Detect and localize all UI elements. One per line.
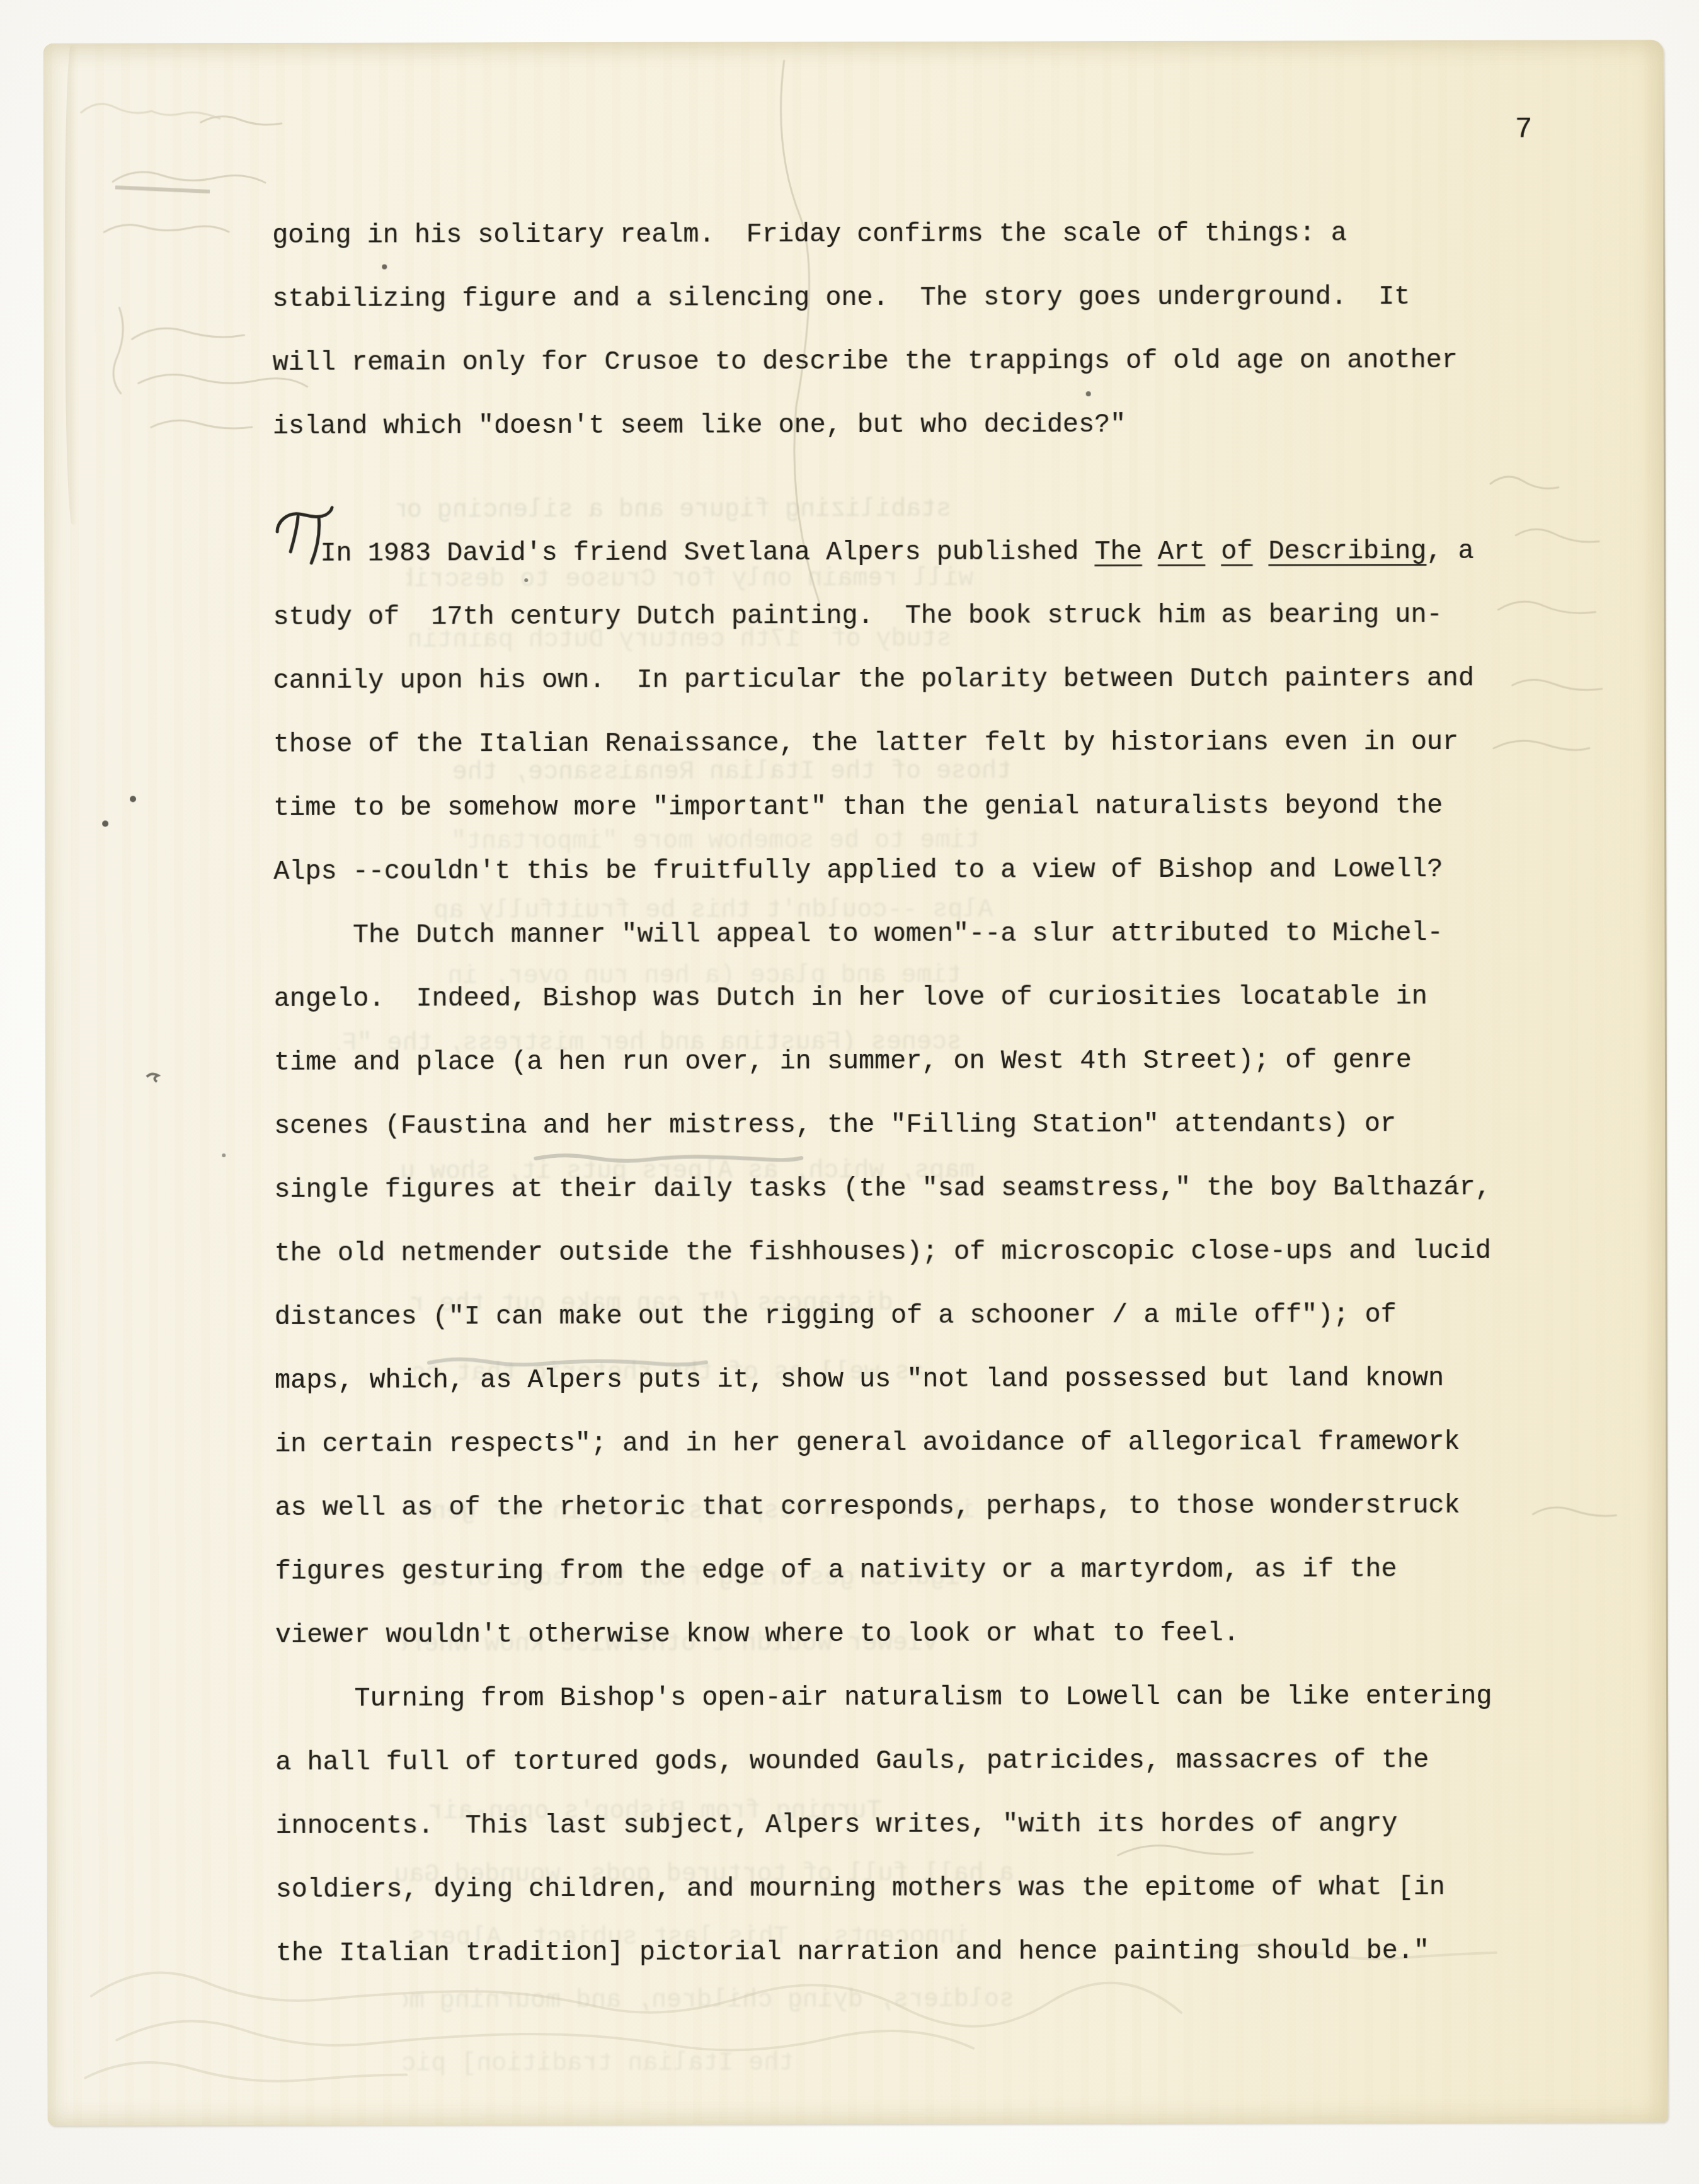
typed-line: innocents. This last subject, Alpers wri… — [275, 1792, 1567, 1858]
typed-line: Alps --couldn't this be fruitfully appli… — [273, 838, 1565, 904]
typed-line: will remain only for Crusoe to describe … — [272, 329, 1564, 395]
space — [1252, 537, 1268, 567]
space — [1142, 537, 1158, 567]
typed-line: distances ("I can make out the rigging o… — [275, 1283, 1566, 1349]
typed-line: The Dutch manner "will appeal to women"-… — [273, 901, 1565, 968]
typed-line: soldiers, dying children, and mourning m… — [276, 1856, 1567, 1922]
typed-line: angelo. Indeed, Bishop was Dutch in her … — [274, 965, 1565, 1031]
typed-line: scenes (Faustina and her mistress, the "… — [274, 1092, 1565, 1158]
scanned-typescript-page: { "page": { "number": "7" }, "pilcrow_ma… — [0, 0, 1699, 2184]
typed-line: in certain respects"; and in her general… — [275, 1410, 1566, 1477]
typed-line: time and place (a hen run over, in summe… — [274, 1029, 1565, 1095]
typed-line: going in his solitary realm. Friday conf… — [272, 202, 1564, 268]
typed-line: the old netmender outside the fishhouses… — [274, 1220, 1565, 1286]
typed-line-with-underlined-title: In 1983 David's friend Svetlana Alpers p… — [273, 520, 1564, 586]
typed-line: island which "doesn't seem like one, but… — [273, 392, 1564, 459]
typed-line: cannily upon his own. In particular the … — [273, 647, 1565, 713]
underlined-word: Describing — [1268, 536, 1426, 567]
typed-line: stabilizing figure and a silencing one. … — [272, 265, 1564, 331]
line-text: In 1983 David's friend Svetlana Alpers p… — [273, 537, 1094, 569]
typed-line: single figures at their daily tasks (the… — [274, 1156, 1565, 1222]
underlined-word: The — [1094, 537, 1141, 567]
typed-line: viewer wouldn't otherwise know where to … — [275, 1601, 1567, 1667]
underlined-word: of — [1221, 537, 1252, 567]
typed-line: figures gesturing from the edge of a nat… — [275, 1538, 1567, 1604]
page-number: 7 — [1515, 113, 1534, 146]
typed-line: the Italian tradition] pictorial narrati… — [276, 1919, 1567, 1986]
typed-line: those of the Italian Renaissance, the la… — [273, 711, 1565, 777]
typed-line: study of 17th century Dutch painting. Th… — [273, 583, 1564, 649]
paper-crease — [65, 46, 83, 525]
typed-line: as well as of the rhetoric that correspo… — [275, 1474, 1566, 1540]
blank-line — [273, 456, 1564, 522]
space — [1205, 537, 1221, 567]
typed-line: a hall full of tortured gods, wounded Ga… — [275, 1729, 1567, 1795]
typed-line: time to be somehow more "important" than… — [273, 774, 1565, 840]
typescript-paper-sheet: stabilizing figure and a silencing one. … — [43, 40, 1668, 2125]
line-text: , a — [1426, 536, 1473, 566]
bleedthrough-line: the Italian tradition] pictorial narrati… — [403, 2044, 794, 2084]
typed-text-block: going in his solitary realm. Friday conf… — [272, 202, 1567, 1986]
underlined-word: Art — [1158, 537, 1205, 567]
typed-line: Turning from Bishop's open-air naturalis… — [275, 1665, 1567, 1731]
typed-line: maps, which, as Alpers puts it, show us … — [275, 1347, 1566, 1413]
bleedthrough-line: soldiers, dying children, and mourning m… — [403, 1980, 1014, 2021]
